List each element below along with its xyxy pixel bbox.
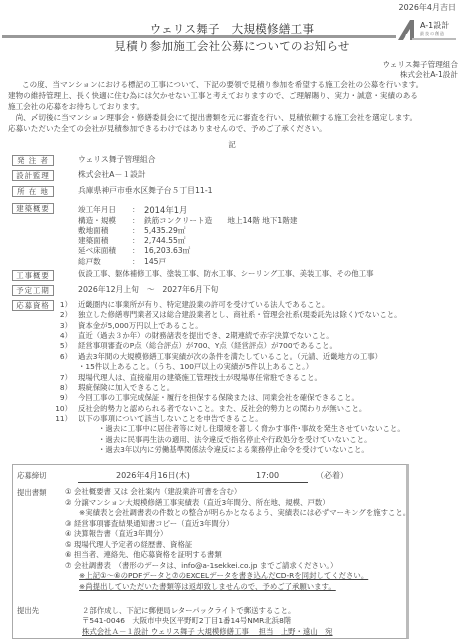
qualification-item: 7）現場代理人は、直接雇用の建築施工管理技士が現場専任常駐できること。 bbox=[54, 373, 405, 383]
doc-item: ① 会社概要書 又は 会社案内（建設業許可書を含む） bbox=[65, 487, 410, 498]
title-divider bbox=[2, 35, 396, 38]
issuer-association: ウェリス舞子管理組合 bbox=[383, 60, 458, 70]
deadline-note: （必着） bbox=[316, 471, 348, 481]
doc-item: ⑥ 担当者、連絡先、他応募資格を証明する書類 bbox=[65, 550, 410, 561]
doc-note: ※実績表と会社調書表の件数との整合が明らかとなるよう、実績表には必ずマーキングを… bbox=[65, 508, 410, 519]
spec-value: 鉄筋コンクリート造 地上14階 地下1階建 bbox=[144, 216, 297, 226]
field-label: 応募資格 bbox=[12, 300, 54, 311]
qualification-item: 10）反社会的勢力と認められる者でないこと。また、反社会的勢力との関わりが無いこ… bbox=[54, 404, 405, 414]
spec-value: 145戸 bbox=[144, 257, 166, 267]
field-value: 兵庫県神戸市垂水区舞子台５丁目11-1 bbox=[78, 186, 213, 197]
field-label: 建築概要 bbox=[12, 203, 54, 214]
spec-row: 竣工年月日：2014年1月 bbox=[78, 205, 297, 216]
spec-value: 5,435.29㎡ bbox=[144, 226, 185, 236]
field-location: 所 在 地 兵庫県神戸市垂水区舞子台５丁目11-1 bbox=[12, 186, 456, 197]
qualification-item: 3）資本金が5,000万円以上であること。 bbox=[54, 321, 405, 331]
deadline-date: 2026年4月16日(木) bbox=[116, 471, 190, 481]
spec-value: 2,744.55㎡ bbox=[144, 236, 185, 246]
field-label: 予定工期 bbox=[12, 285, 54, 296]
intro-line: この度、当マンションにおける標記の工事について、下記の要領で見積り参加を希望する… bbox=[14, 79, 454, 90]
spec-row: 総戸数：145戸 bbox=[78, 257, 297, 267]
document-subtitle: 見積り参加施工会社公募についてのお知らせ bbox=[0, 40, 464, 54]
field-label: 設計監理 bbox=[12, 170, 54, 181]
spec-value: 16,203.63㎡ bbox=[144, 246, 190, 256]
dest-address: 〒541-0046 大阪市中央区平野町2丁目1番14号NMR北浜8階 bbox=[82, 616, 333, 626]
field-label: 所 在 地 bbox=[12, 186, 54, 197]
field-value: ウェリス舞子管理組合 bbox=[78, 155, 156, 166]
submission-destination: ２部作成し、下記に郵便局レターパックライトで郵送すること。 〒541-0046 … bbox=[82, 606, 333, 637]
docs-list: ① 会社概要書 又は 会社案内（建設業許可書を含む） ② 分譲マンション大規模修… bbox=[65, 487, 410, 592]
spec-key: 総戸数 bbox=[78, 257, 132, 267]
qualification-subitem: ・過去に工事中に居住者等に対し住環境を著しく脅かす事件･事故を発生させていないこ… bbox=[54, 424, 405, 434]
building-specs: 竣工年月日：2014年1月 構造・規模：鉄筋コンクリート造 地上14階 地下1階… bbox=[78, 205, 297, 267]
qualification-item: ・15件以上あること。（うち、100戸以上の実績が5件以上あること。） bbox=[54, 362, 405, 372]
qualification-subitem: ・過去3年以内に労働基準関係法令違反による業務停止命令を受けていないこと。 bbox=[54, 445, 405, 455]
doc-note: ※上記①～⑥のPDFデータと⑦のEXCELデータを書き込んだCD-Rを同封してく… bbox=[65, 571, 410, 582]
spec-row: 延べ床面積：16,203.63㎡ bbox=[78, 246, 297, 256]
field-label: 工事概要 bbox=[12, 270, 54, 281]
deadline-line: 2026年4月16日(木) 17:00 bbox=[78, 471, 308, 483]
dest-recipient: 株式会社Ａ－１設計 ウェリス舞子 大規模修繕工事 担当 上野・遠山 宛 bbox=[82, 627, 333, 637]
spec-row: 敷地面積：5,435.29㎡ bbox=[78, 226, 297, 236]
spec-key: 竣工年月日 bbox=[78, 205, 132, 216]
spec-row: 構造・規模：鉄筋コンクリート造 地上14階 地下1階建 bbox=[78, 216, 297, 226]
field-supervisor: 設計監理 株式会社A－１設計 bbox=[12, 170, 456, 181]
intro-paragraph: この度、当マンションにおける標記の工事について、下記の要領で見積り参加を希望する… bbox=[14, 79, 454, 134]
deadline-time: 17:00 bbox=[256, 471, 279, 481]
dest-label: 提出先 bbox=[17, 607, 39, 616]
field-value: 仮設工事、躯体補修工事、塗装工事、防水工事、シーリング工事、美装工事、その他工事 bbox=[78, 270, 373, 281]
qualification-item: 11）以下の事項について該当しないことを申告できること。 bbox=[54, 414, 405, 424]
doc-item: ⑦ 会社調書表 （書形のデータは、info@a-1sekkei.co.jp まで… bbox=[65, 561, 410, 572]
qualification-item: 4）直近（過去３か年）の財務諸表を提出でき、2期連続で赤字決算でないこと。 bbox=[54, 331, 405, 341]
field-value: 2026年12月上旬 ～ 2027年6月下旬 bbox=[78, 285, 218, 296]
doc-note: ※尚提出していただいた書類等は返却致しませんので、予めご了承願います。 bbox=[65, 582, 410, 593]
qualification-item: 9）今回工事の工事完成保証・履行を担保する保険または、同業会社を確保できること。 bbox=[54, 393, 405, 403]
qualification-item: 5）経営事項審査のP点（総合評点）が700、Y点（経営評点）が700であること。 bbox=[54, 341, 405, 351]
intro-line: 応募いただいた全ての会社が見積参加できるわけではありませんので、予めご了承くださ… bbox=[8, 123, 454, 134]
spec-value: 2014年1月 bbox=[144, 205, 187, 216]
doc-item: ⑤ 現場代理人予定者の経歴書、資格証 bbox=[65, 540, 410, 551]
qualification-item: 8）瑕疵保険に加入できること。 bbox=[54, 383, 405, 393]
intro-line: 施工会社の応募をお待ちしております。 bbox=[8, 101, 454, 112]
ki-heading: 記 bbox=[0, 140, 464, 149]
spec-key: 建築面積 bbox=[78, 236, 132, 246]
spec-key: 構造・規模 bbox=[78, 216, 132, 226]
intro-line: 建物の維持管理上、長く快適に住む為には欠かせない工事と考えておりますので、ご理解… bbox=[8, 90, 454, 101]
spec-key: 敷地面積 bbox=[78, 226, 132, 236]
qualification-list: 1）近畿圏内に事業所が有り、特定建設業の許可を受けている法人であること。 2）独… bbox=[54, 300, 405, 455]
qualification-item: 2）独立した修繕専門業者又は総合建設業者とし、商社系・管理会社系(現委託先は除く… bbox=[54, 310, 405, 320]
deadline-label: 応募締切 bbox=[17, 472, 47, 481]
application-box: 応募締切 2026年4月16日(木) 17:00 （必着） 提出書類 ① 会社概… bbox=[12, 464, 409, 639]
spec-key: 延べ床面積 bbox=[78, 246, 132, 256]
field-client: 発 注 者 ウェリス舞子管理組合 bbox=[12, 155, 456, 166]
issuer-block: ウェリス舞子管理組合 株式会社A-1設計 bbox=[383, 60, 458, 80]
qualification-item: 6）過去3年間の大規模修繕工事実績が次の条件を満たしていること。（元請、近畿地方… bbox=[54, 352, 405, 362]
document-date: 2026年4月吉日 bbox=[399, 3, 456, 13]
doc-item: ② 分譲マンション大規模修繕工事実績表（直近3年間分、所在地、規模、戸数） bbox=[65, 498, 410, 509]
dest-instruction: ２部作成し、下記に郵便局レターパックライトで郵送すること。 bbox=[82, 606, 333, 616]
qualification-subitem: ・過去に民事再生法の適用、法令違反で指名停止や行政処分を受けていないこと。 bbox=[54, 435, 405, 445]
field-value: 株式会社A－１設計 bbox=[78, 170, 146, 181]
doc-item: ④ 決算報告書（直近3年間分） bbox=[65, 529, 410, 540]
qualification-item: 1）近畿圏内に事業所が有り、特定建設業の許可を受けている法人であること。 bbox=[54, 300, 405, 310]
intro-line: 尚、〆切後に当マンション理事会・修繕委員会にて提出書類を元に審査を行い、見積依頼… bbox=[8, 112, 454, 123]
spec-row: 建築面積：2,744.55㎡ bbox=[78, 236, 297, 246]
docs-label: 提出書類 bbox=[17, 489, 47, 498]
field-period: 予定工期 2026年12月上旬 ～ 2027年6月下旬 bbox=[12, 285, 456, 296]
field-works: 工事概要 仮設工事、躯体補修工事、塗装工事、防水工事、シーリング工事、美装工事、… bbox=[12, 270, 456, 281]
doc-item: ③ 経営事項審査結果通知書コピー（直近3年間分） bbox=[65, 519, 410, 530]
field-label: 発 注 者 bbox=[12, 155, 54, 166]
